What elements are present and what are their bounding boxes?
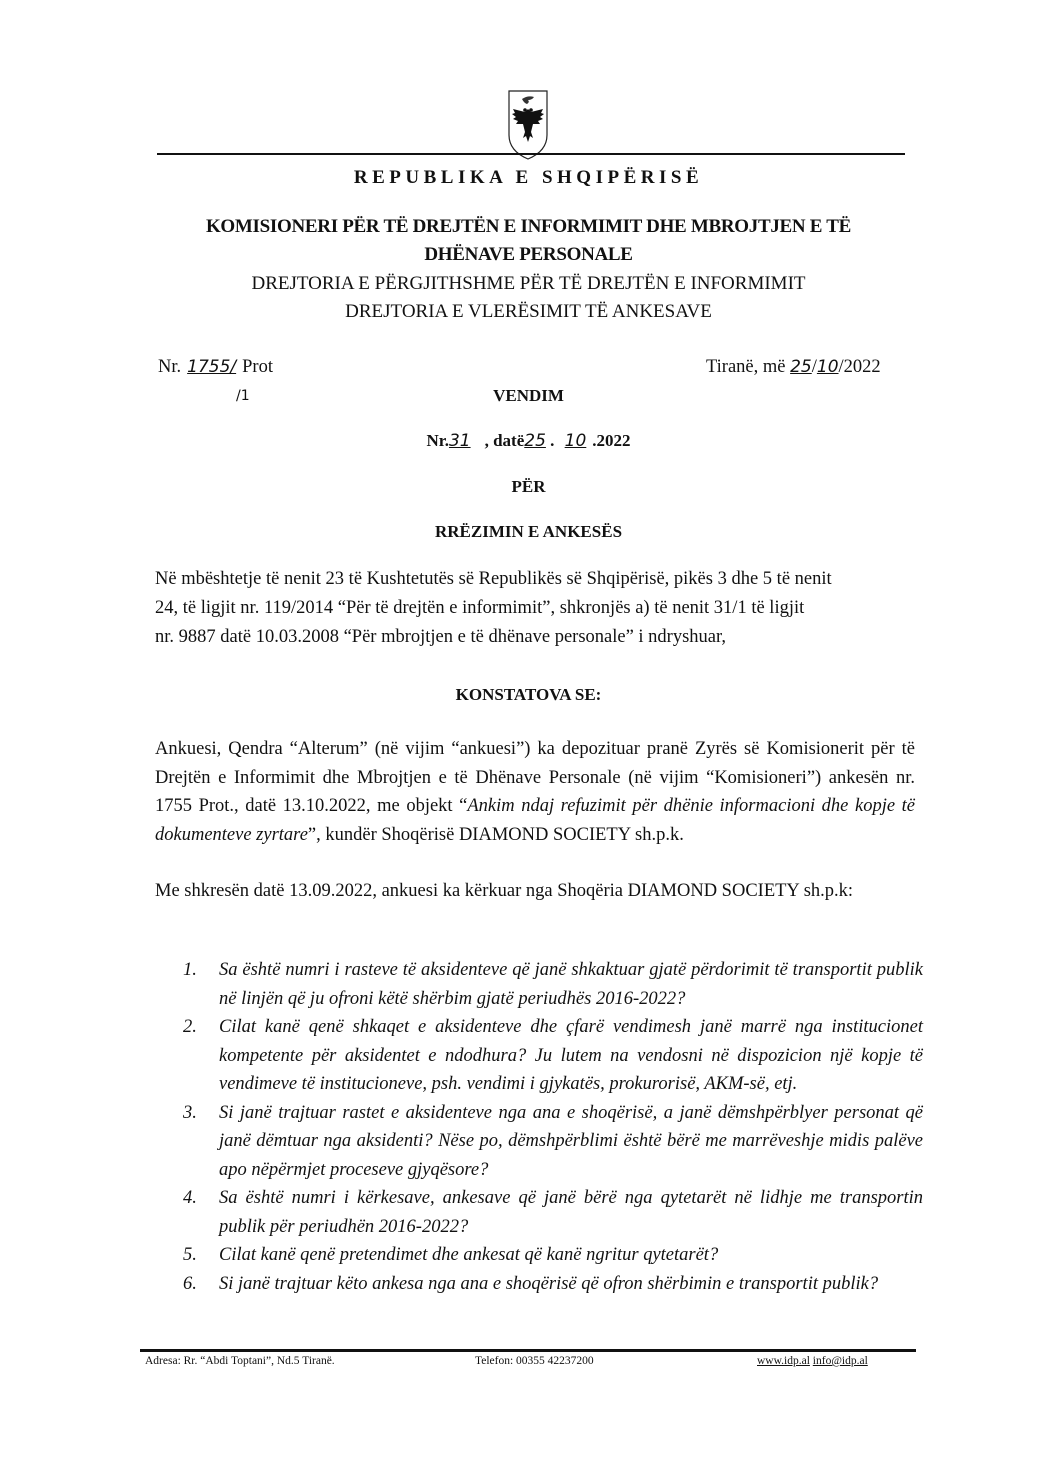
- legal-basis-line-1: Në mbështetje të nenit 23 të Kushtetutës…: [155, 569, 832, 590]
- decision-year: .2022: [592, 431, 630, 450]
- request-questions-list: 1.Sa është numri i rasteve të aksidentev…: [183, 956, 923, 1298]
- footer-contacts: www.idp.al info@idp.al: [757, 1355, 868, 1367]
- protocol-suffix: Prot: [242, 357, 273, 377]
- list-item: 4.Sa është numri i kërkesave, ankesave q…: [183, 1184, 923, 1241]
- decision-day-handwritten: 25: [524, 431, 546, 451]
- institution-name-line2: DHËNAVE PERSONALE: [0, 244, 1057, 266]
- list-item: 2.Cilat kanë qenë shkaqet e aksidenteve …: [183, 1013, 923, 1099]
- directorate: DREJTORIA E VLERËSIMIT TË ANKESAVE: [0, 301, 1057, 323]
- directorate-general: DREJTORIA E PËRGJITHSHME PËR TË DREJTËN …: [0, 273, 1057, 295]
- protocol-number: Nr.1755/Prot: [158, 357, 273, 378]
- findings-text-end: ”, kundër Shoqërisë DIAMOND SOCIETY sh.p…: [308, 825, 684, 845]
- protocol-number-handwritten: 1755/: [181, 357, 242, 377]
- list-item: 5.Cilat kanë qenë pretendimet dhe ankesa…: [183, 1241, 923, 1270]
- website-link[interactable]: www.idp.al: [757, 1355, 810, 1367]
- legal-basis-line-2: 24, të ligjit nr. 119/2014 “Për të drejt…: [155, 598, 804, 619]
- institution-name-line1: KOMISIONERI PËR TË DREJTËN E INFORMIMIT …: [0, 216, 1057, 238]
- day-handwritten: 25: [790, 357, 812, 377]
- findings-heading: KONSTATOVA SE:: [0, 685, 1057, 705]
- list-item: 3.Si janë trajtuar rastet e aksidenteve …: [183, 1099, 923, 1185]
- albania-coat-of-arms-icon: [507, 89, 549, 161]
- findings-paragraph-2: Me shkresën datë 13.09.2022, ankuesi ka …: [155, 877, 915, 906]
- list-item: 1.Sa është numri i rasteve të aksidentev…: [183, 956, 923, 1013]
- decision-subject: RRËZIMIN E ANKESËS: [0, 522, 1057, 542]
- place-date: Tiranë, më 25/10/2022: [706, 357, 881, 378]
- year: /2022: [839, 357, 881, 377]
- decision-number: Nr.31, datë25 . 10.2022: [0, 431, 1057, 451]
- place-date-prefix: Tiranë, më: [706, 357, 785, 377]
- email-link[interactable]: info@idp.al: [813, 1355, 868, 1367]
- decision-title: VENDIM: [0, 386, 1057, 406]
- decision-date-prefix: , datë: [485, 431, 525, 450]
- legal-basis-line-3: nr. 9887 datë 10.03.2008 “Për mbrojtjen …: [155, 627, 726, 648]
- month-handwritten: 10: [817, 357, 839, 377]
- footer-phone: Telefon: 00355 42237200: [475, 1355, 594, 1367]
- list-item: 6.Si janë trajtuar këto ankesa nga ana e…: [183, 1270, 923, 1299]
- decision-nr-prefix: Nr.: [426, 431, 449, 450]
- protocol-prefix: Nr.: [158, 357, 181, 377]
- footer-rule: [140, 1349, 916, 1352]
- footer-address: Adresa: Rr. “Abdi Toptani”, Nd.5 Tiranë.: [145, 1355, 335, 1367]
- decision-nr-handwritten: 31: [449, 431, 485, 451]
- header-rule: [157, 153, 905, 155]
- findings-paragraph-1: Ankuesi, Qendra “Alterum” (në vijim “ank…: [155, 735, 915, 849]
- republic-title: REPUBLIKA E SHQIPËRISË: [0, 167, 1057, 189]
- decision-for: PËR: [0, 477, 1057, 497]
- decision-month-handwritten: 10: [559, 431, 593, 451]
